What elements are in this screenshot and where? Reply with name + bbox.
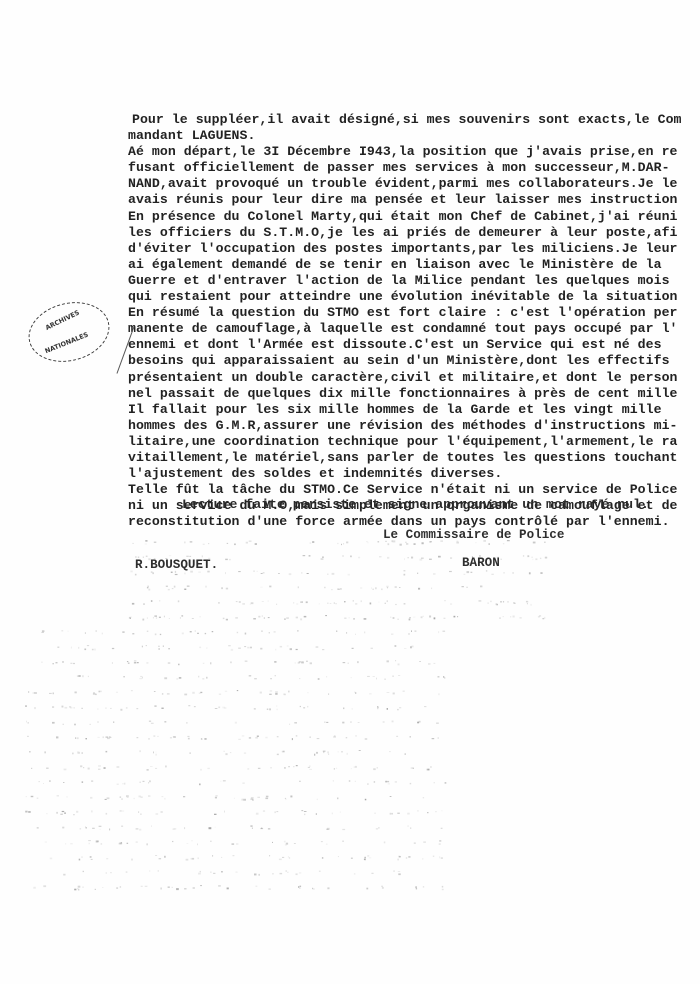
body-line: hommes des G.M.R,assurer une révision de… xyxy=(128,418,688,434)
body-line: Aé mon départ,le 3I Décembre I943,la pos… xyxy=(128,144,688,160)
stamp-bottom-text: NATIONALES xyxy=(44,331,90,356)
signature-bousquet: R.BOUSQUET. xyxy=(135,558,218,572)
closing-statement: Lecture faite persiste et signe approuva… xyxy=(182,497,649,512)
body-line: besoins qui apparaissaient au sein d'un … xyxy=(128,353,688,369)
body-line: ennemi et dont l'Armée est dissoute.C'es… xyxy=(128,337,688,353)
document-page: Pour le suppléer,il avait désigné,si mes… xyxy=(0,0,700,984)
body-line: fusant officiellement de passer mes serv… xyxy=(128,160,688,176)
archives-stamp: ARCHIVES NATIONALES xyxy=(22,294,116,370)
body-line: ai également demandé de se tenir en liai… xyxy=(128,257,688,273)
body-line: Telle fût la tâche du STMO.Ce Service n'… xyxy=(128,482,688,498)
body-line: manente de camouflage,à laquelle est con… xyxy=(128,321,688,337)
body-line: Pour le suppléer,il avait désigné,si mes… xyxy=(128,112,688,128)
typewritten-body: Pour le suppléer,il avait désigné,si mes… xyxy=(128,112,688,530)
body-line: En résumé la question du STMO est fort c… xyxy=(128,305,688,321)
body-line: litaire,une coordination technique pour … xyxy=(128,434,688,450)
body-line: NAND,avait provoqué un trouble évident,p… xyxy=(128,176,688,192)
body-line: Guerre et d'entraver l'action de la Mili… xyxy=(128,273,688,289)
signature-title: Le Commissaire de Police xyxy=(383,528,564,542)
body-line: qui restaient pour atteindre une évoluti… xyxy=(128,289,688,305)
body-line: En présence du Colonel Marty,qui était m… xyxy=(128,209,688,225)
body-line: avais réunis pour leur dire ma pensée et… xyxy=(128,192,688,208)
body-line: présentaient un double caractère,civil e… xyxy=(128,370,688,386)
signature-baron: BARON xyxy=(462,556,500,570)
stamp-top-text: ARCHIVES xyxy=(44,309,81,332)
body-line: nel passait de quelques dix mille foncti… xyxy=(128,386,688,402)
body-line: mandant LAGUENS. xyxy=(128,128,688,144)
body-line: l'ajustement des soldes et indemnités di… xyxy=(128,466,688,482)
body-line: Il fallait pour les six mille hommes de … xyxy=(128,402,688,418)
body-line: d'éviter l'occupation des postes importa… xyxy=(128,241,688,257)
body-line: les officiers du S.T.M.O,je les ai priés… xyxy=(128,225,688,241)
body-line: vitaillement,le matériel,sans parler de … xyxy=(128,450,688,466)
